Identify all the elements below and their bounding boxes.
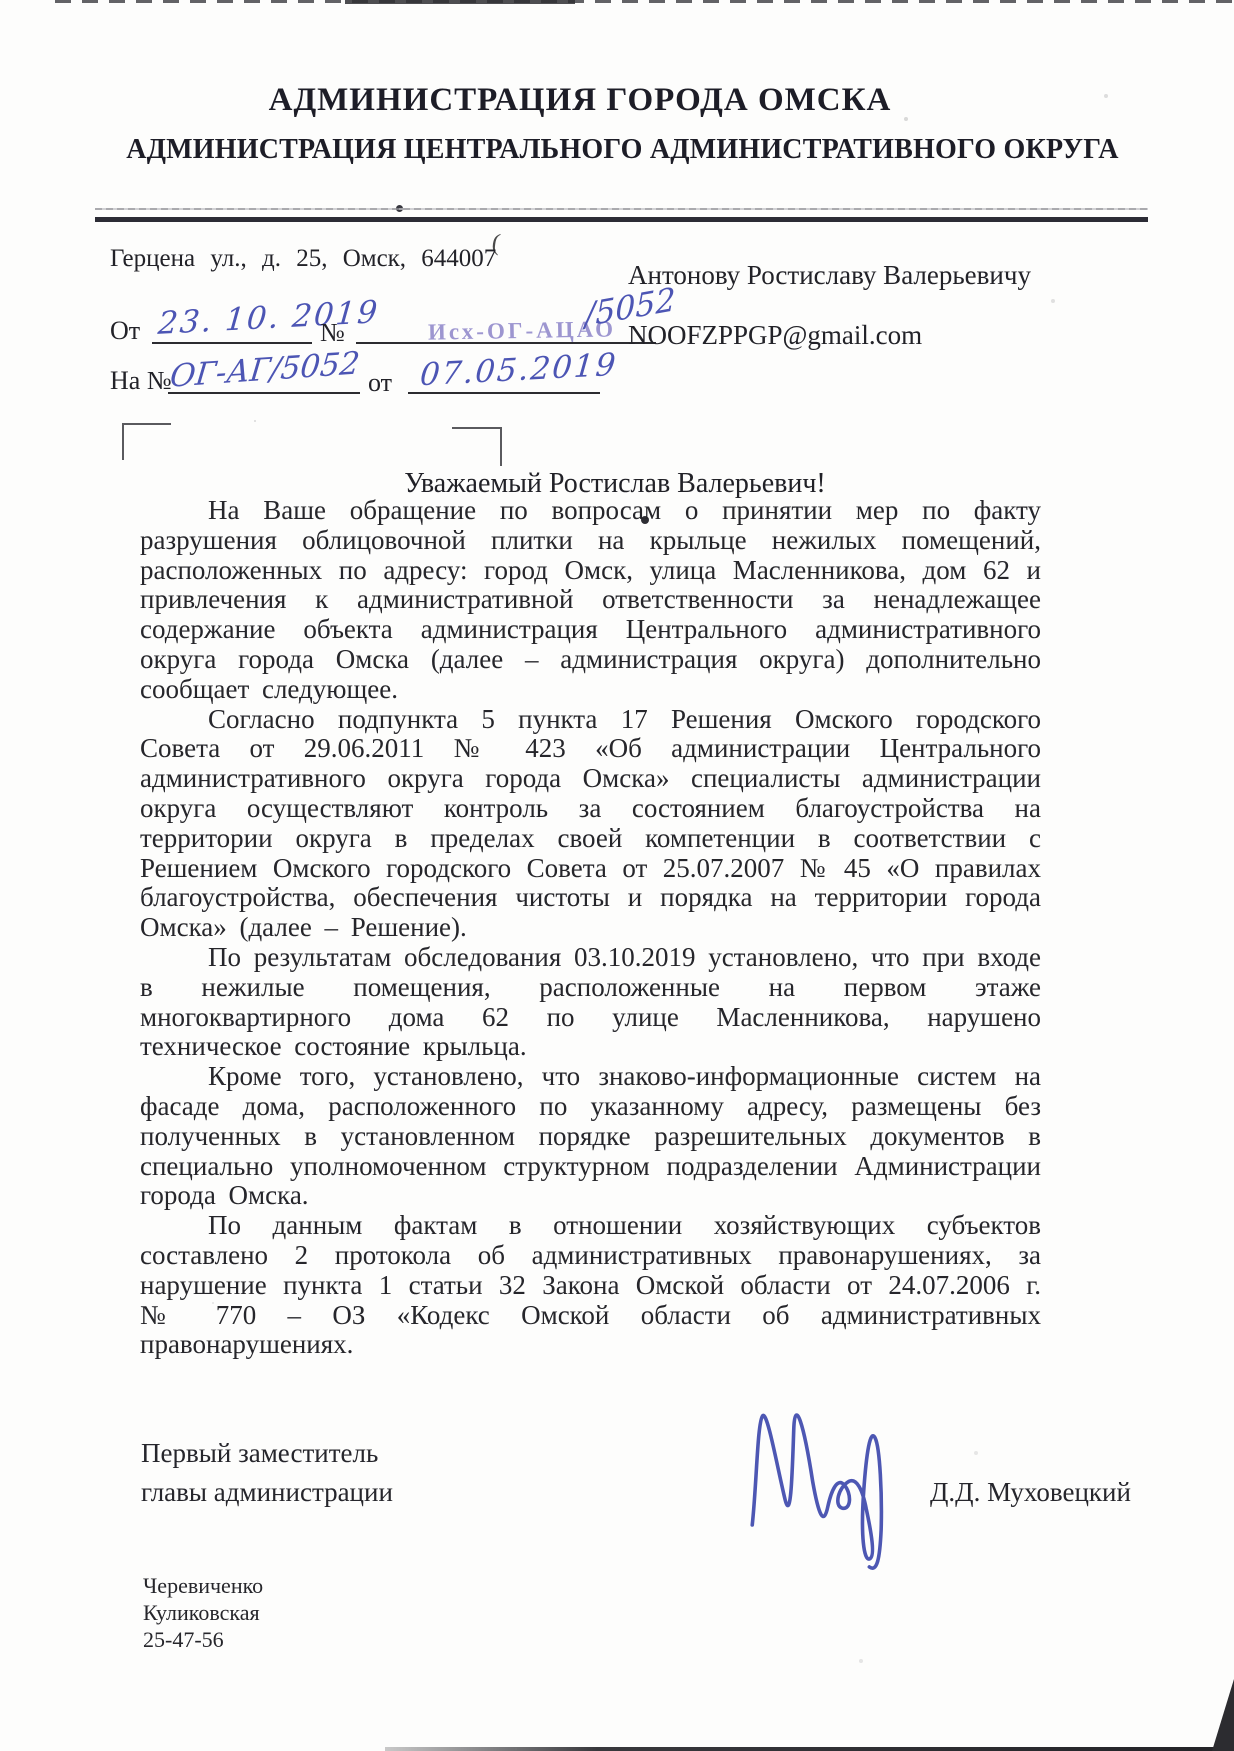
scan-edge-top-dark-artifact	[345, 0, 575, 4]
letter-body: На Ваше обращение по вопросам о принятии…	[140, 496, 1041, 1360]
ref-from-date-line	[152, 342, 312, 344]
recipient-email: NOOFZPPGP@gmail.com	[628, 320, 922, 351]
signer-name: Д.Д. Муховецкий	[930, 1477, 1131, 1508]
body-paragraph: По результатам обследования 03.10.2019 у…	[140, 943, 1041, 1062]
handwritten-incoming-date: 07.05.2019	[419, 347, 619, 394]
scan-speckles	[0, 0, 2, 2]
ref-number-label: №	[320, 318, 345, 348]
signer-position-line1: Первый заместитель	[141, 1438, 378, 1469]
body-paragraph: По данным фактам в отношении хозяйствующ…	[140, 1211, 1041, 1360]
ref-reply-label: На №	[110, 366, 172, 396]
org-title: АДМИНИСТРАЦИЯ ГОРОДА ОМСКА	[60, 82, 1100, 119]
ref-from-label: От	[110, 316, 140, 346]
body-paragraph: На Ваше обращение по вопросам о принятии…	[140, 496, 1041, 705]
org-subtitle: АДМИНИСТРАЦИЯ ЦЕНТРАЛЬНОГО АДМИНИСТРАТИВ…	[95, 134, 1150, 166]
executor-name-2: Куликовская	[143, 1600, 260, 1626]
signature-ink	[731, 1361, 929, 1586]
ref-reply-date-label: от	[368, 368, 392, 398]
handwritten-incoming-number: ОГ-АГ/5052	[168, 345, 361, 395]
scan-edge-top-artifact	[55, 0, 1234, 3]
recipient-name: Антонову Ростиславу Валерьевичу	[628, 260, 1031, 291]
scan-corner-bottom-right-artifact	[1212, 1679, 1234, 1751]
letterhead-rule-thin	[95, 208, 1148, 210]
scan-edge-bottom-artifact	[385, 1747, 1234, 1751]
sender-address: Герцена ул., д. 25, Омск, 644007	[110, 245, 496, 273]
body-paragraph: Согласно подпункта 5 пункта 17 Решения О…	[140, 705, 1041, 943]
letterhead-rule-heavy	[95, 217, 1148, 222]
signer-position-line2: главы администрации	[141, 1477, 393, 1508]
executor-name-1: Черевиченко	[143, 1573, 263, 1599]
letter-page: ( АДМИНИСТРАЦИЯ ГОРОДА ОМСКА АДМИНИСТРАЦ…	[0, 0, 1234, 1751]
address-corner-mark-right	[452, 427, 502, 466]
executor-phone: 25-47-56	[143, 1627, 224, 1653]
handwritten-outgoing-date: 23. 10. 2019	[157, 294, 381, 342]
address-corner-mark-left	[122, 423, 171, 460]
body-paragraph: Кроме того, установлено, что знаково-инф…	[140, 1062, 1041, 1211]
